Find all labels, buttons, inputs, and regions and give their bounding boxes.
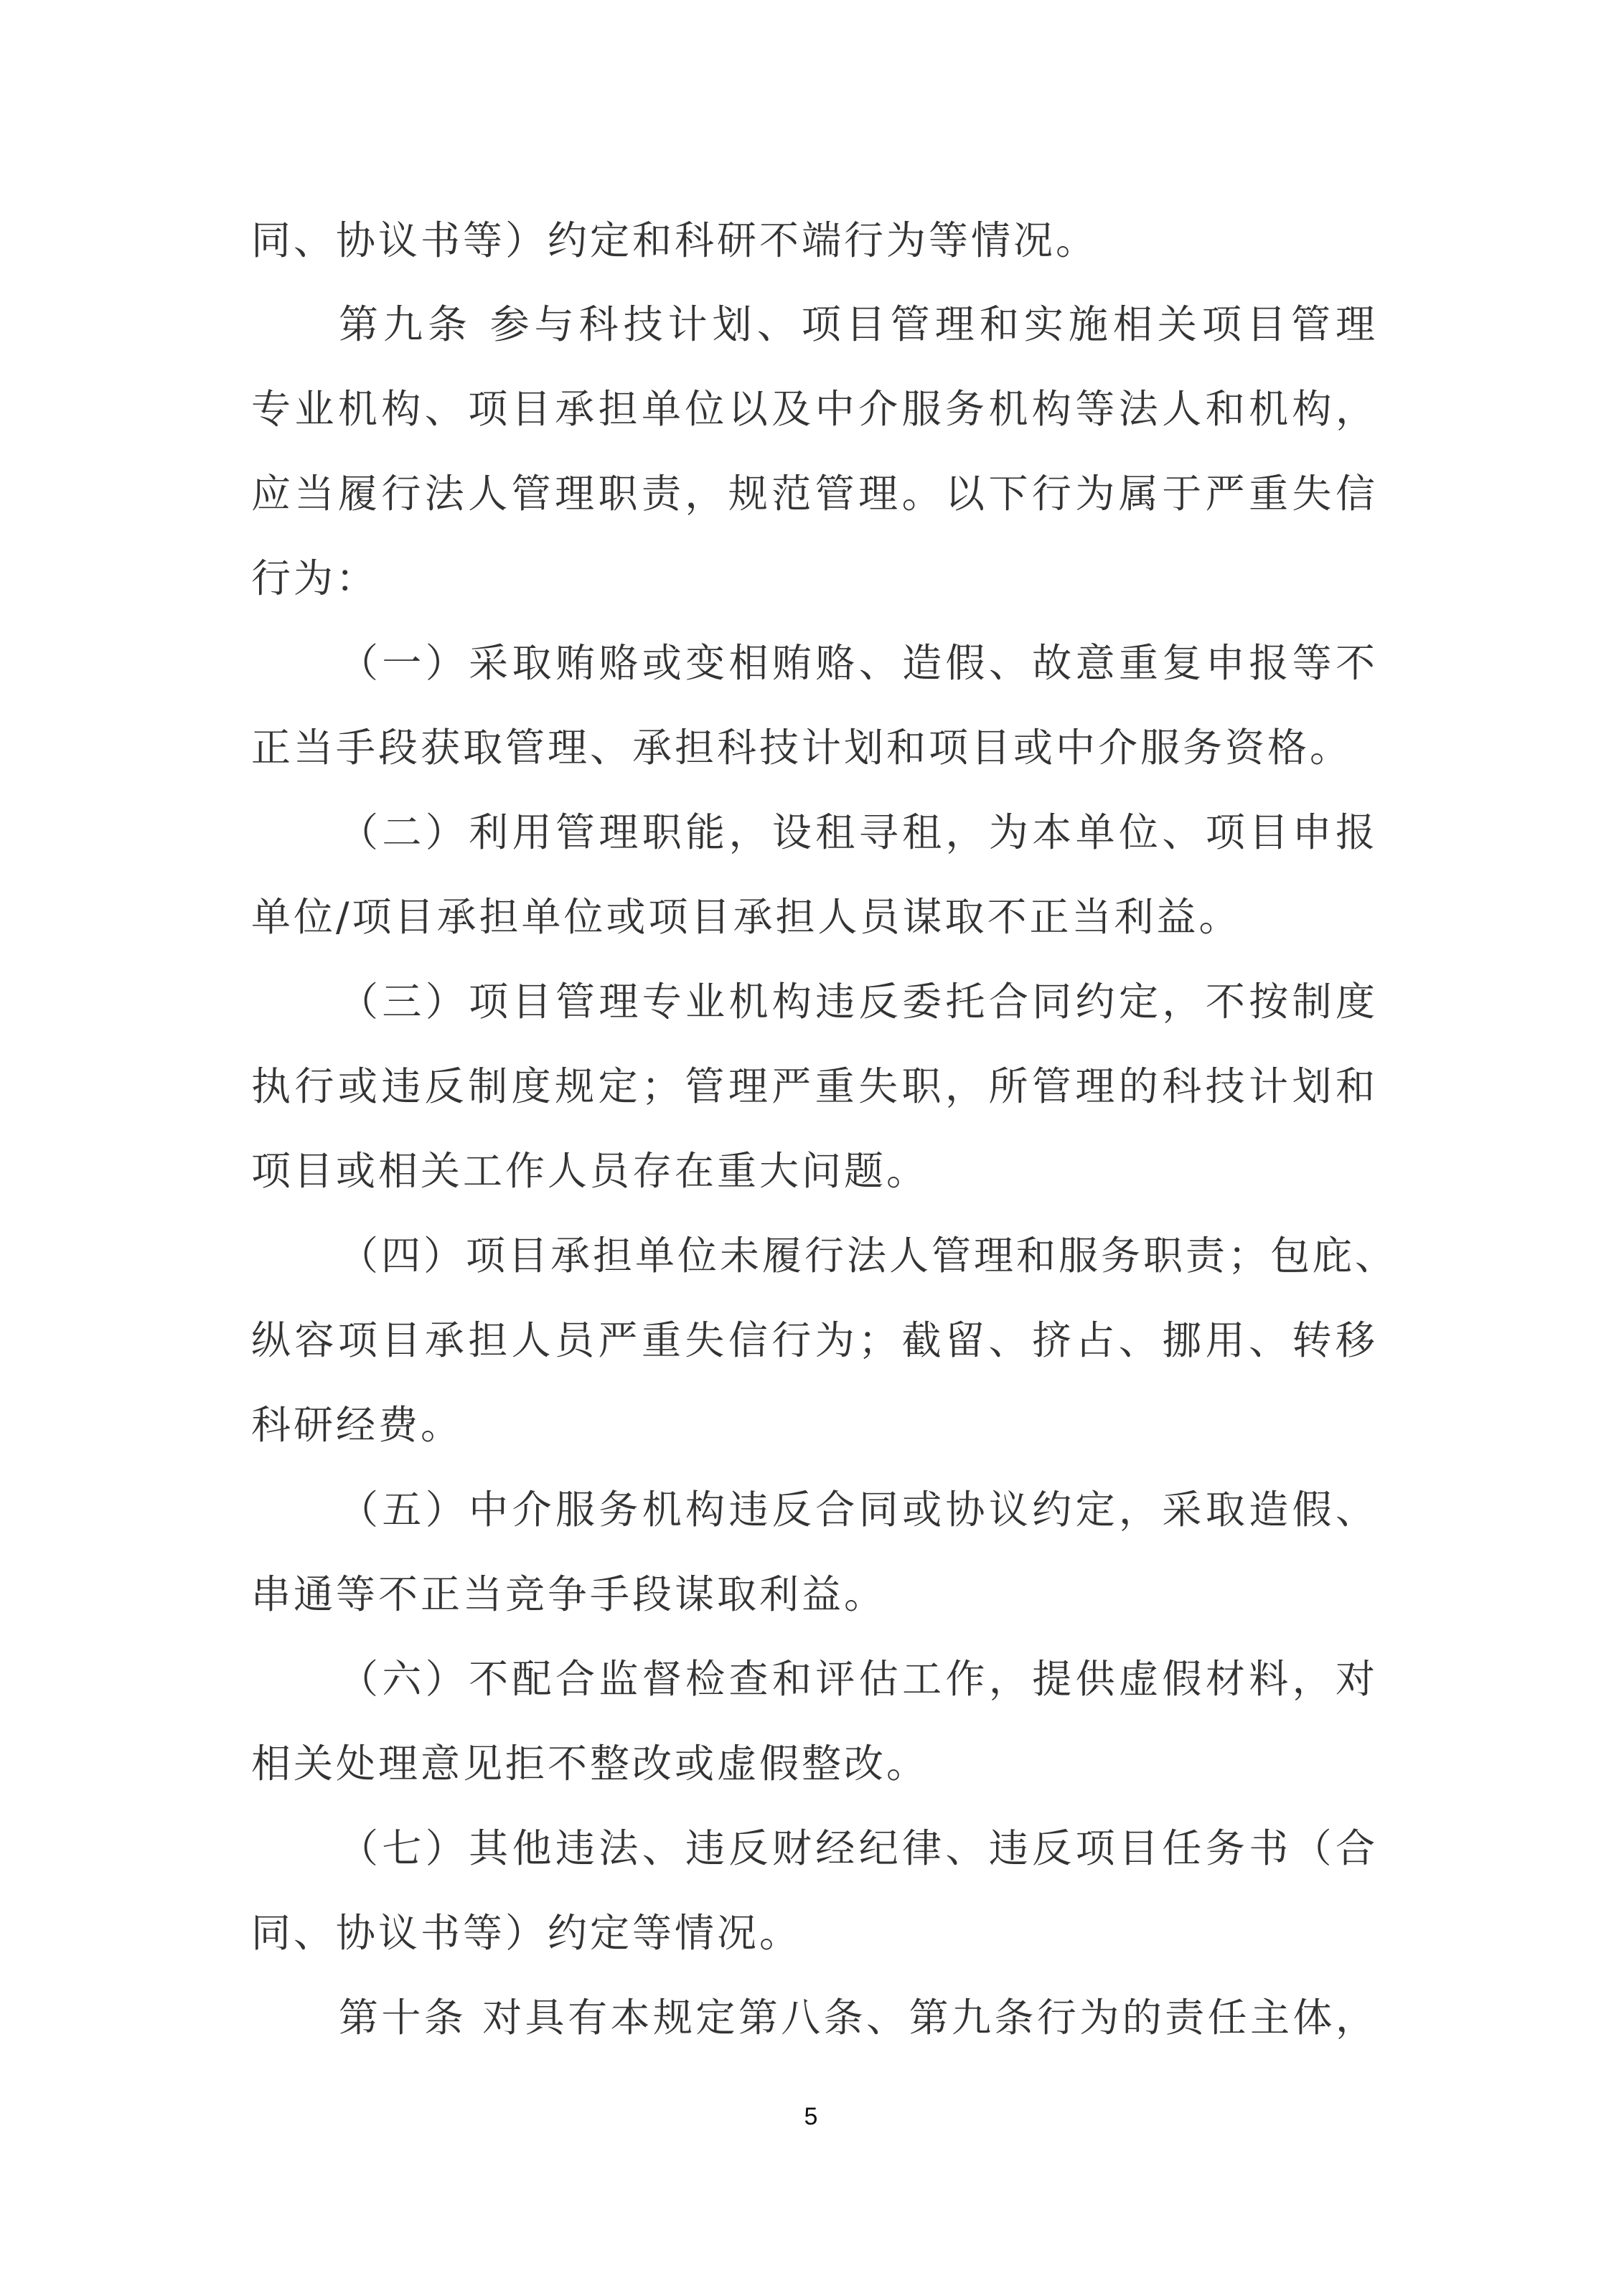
- text-line: 串通等不正当竞争手段谋取利益。: [251, 1552, 1378, 1637]
- article-heading-line: 第十条 对具有本规定第八条、第九条行为的责任主体，: [339, 1975, 1378, 2060]
- text-line: 专业机构、项目承担单位以及中介服务机构等法人和机构，: [251, 367, 1378, 451]
- document-page: 同、协议书等）约定和科研不端行为等情况。 第九条 参与科技计划、项目管理和实施相…: [0, 0, 1624, 2296]
- list-item-line: （六）不配合监督检查和评估工作，提供虚假材料，对: [339, 1637, 1378, 1721]
- list-item-line: （七）其他违法、违反财经纪律、违反项目任务书（合: [339, 1806, 1378, 1891]
- text-line: 执行或违反制度规定；管理严重失职，所管理的科技计划和: [251, 1044, 1378, 1129]
- text-line: 项目或相关工作人员存在重大问题。: [251, 1129, 1378, 1213]
- text-line: 同、协议书等）约定和科研不端行为等情况。: [251, 198, 1378, 283]
- list-item-line: （五）中介服务机构违反合同或协议约定，采取造假、: [339, 1467, 1378, 1552]
- page-number: 5: [789, 2099, 832, 2135]
- text-line: 行为：: [251, 536, 1378, 621]
- text-line: 单位/项目承担单位或项目承担人员谋取不正当利益。: [251, 875, 1378, 959]
- text-line: 同、协议书等）约定等情况。: [251, 1891, 1378, 1975]
- text-line: 科研经费。: [251, 1383, 1378, 1467]
- list-item-line: （一）采取贿赂或变相贿赂、造假、故意重复申报等不: [339, 621, 1378, 705]
- list-item-line: （二）利用管理职能，设租寻租，为本单位、项目申报: [339, 790, 1378, 875]
- text-line: 正当手段获取管理、承担科技计划和项目或中介服务资格。: [251, 705, 1378, 790]
- text-line: 纵容项目承担人员严重失信行为；截留、挤占、挪用、转移: [251, 1298, 1378, 1383]
- list-item-line: （四）项目承担单位未履行法人管理和服务职责；包庇、: [339, 1213, 1378, 1298]
- list-item-line: （三）项目管理专业机构违反委托合同约定，不按制度: [339, 959, 1378, 1044]
- article-heading-line: 第九条 参与科技计划、项目管理和实施相关项目管理: [339, 282, 1378, 367]
- text-line: 应当履行法人管理职责，规范管理。以下行为属于严重失信: [251, 451, 1378, 536]
- text-line: 相关处理意见拒不整改或虚假整改。: [251, 1721, 1378, 1806]
